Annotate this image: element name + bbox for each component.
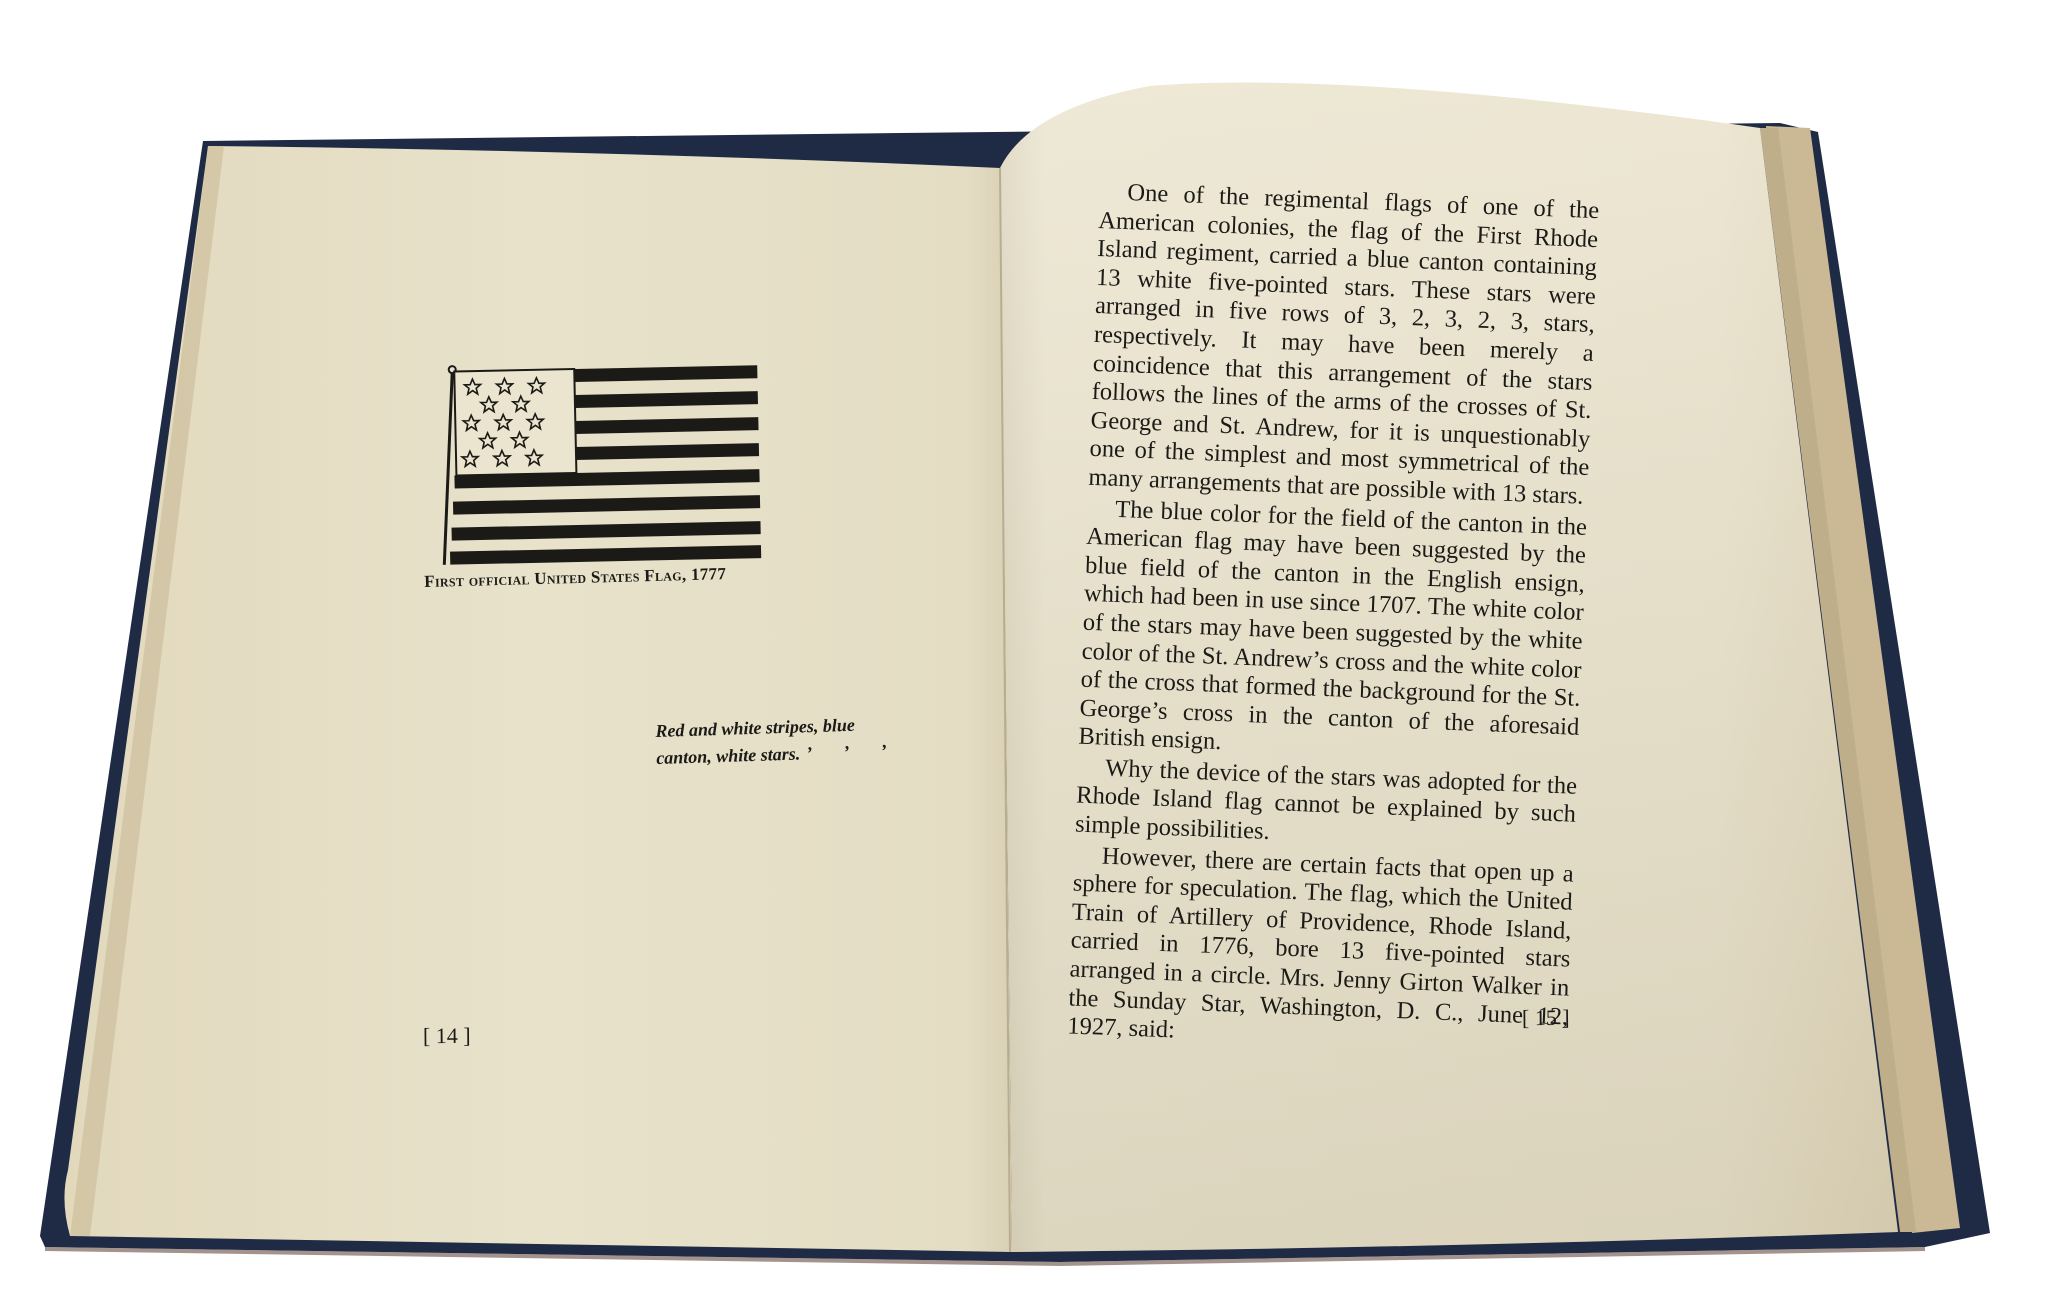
book-body-graphic (0, 0, 2048, 1291)
open-book: First official United States Flag, 1777 … (0, 0, 2048, 1291)
paragraph-1: One of the regimental flags of one of th… (1088, 178, 1600, 511)
page-number-left: [ 14 ] (423, 1023, 471, 1049)
flag-1777-icon (432, 353, 766, 570)
paragraph-3: Why the device of the stars was adopted … (1075, 753, 1578, 858)
ornament-ticks: ’ ’ ’ (806, 740, 901, 763)
right-page-body: One of the regimental flags of one of th… (1067, 178, 1600, 1060)
side-note-line-2: canton, white stars. (656, 743, 801, 768)
page-number-right: [ 15 ] (1522, 1005, 1570, 1031)
flag-illustration (432, 353, 766, 570)
side-note: Red and white stripes, blue canton, whit… (655, 710, 917, 772)
paragraph-2: The blue color for the field of the cant… (1078, 494, 1588, 770)
paragraph-4: However, there are certain facts that op… (1067, 841, 1574, 1060)
